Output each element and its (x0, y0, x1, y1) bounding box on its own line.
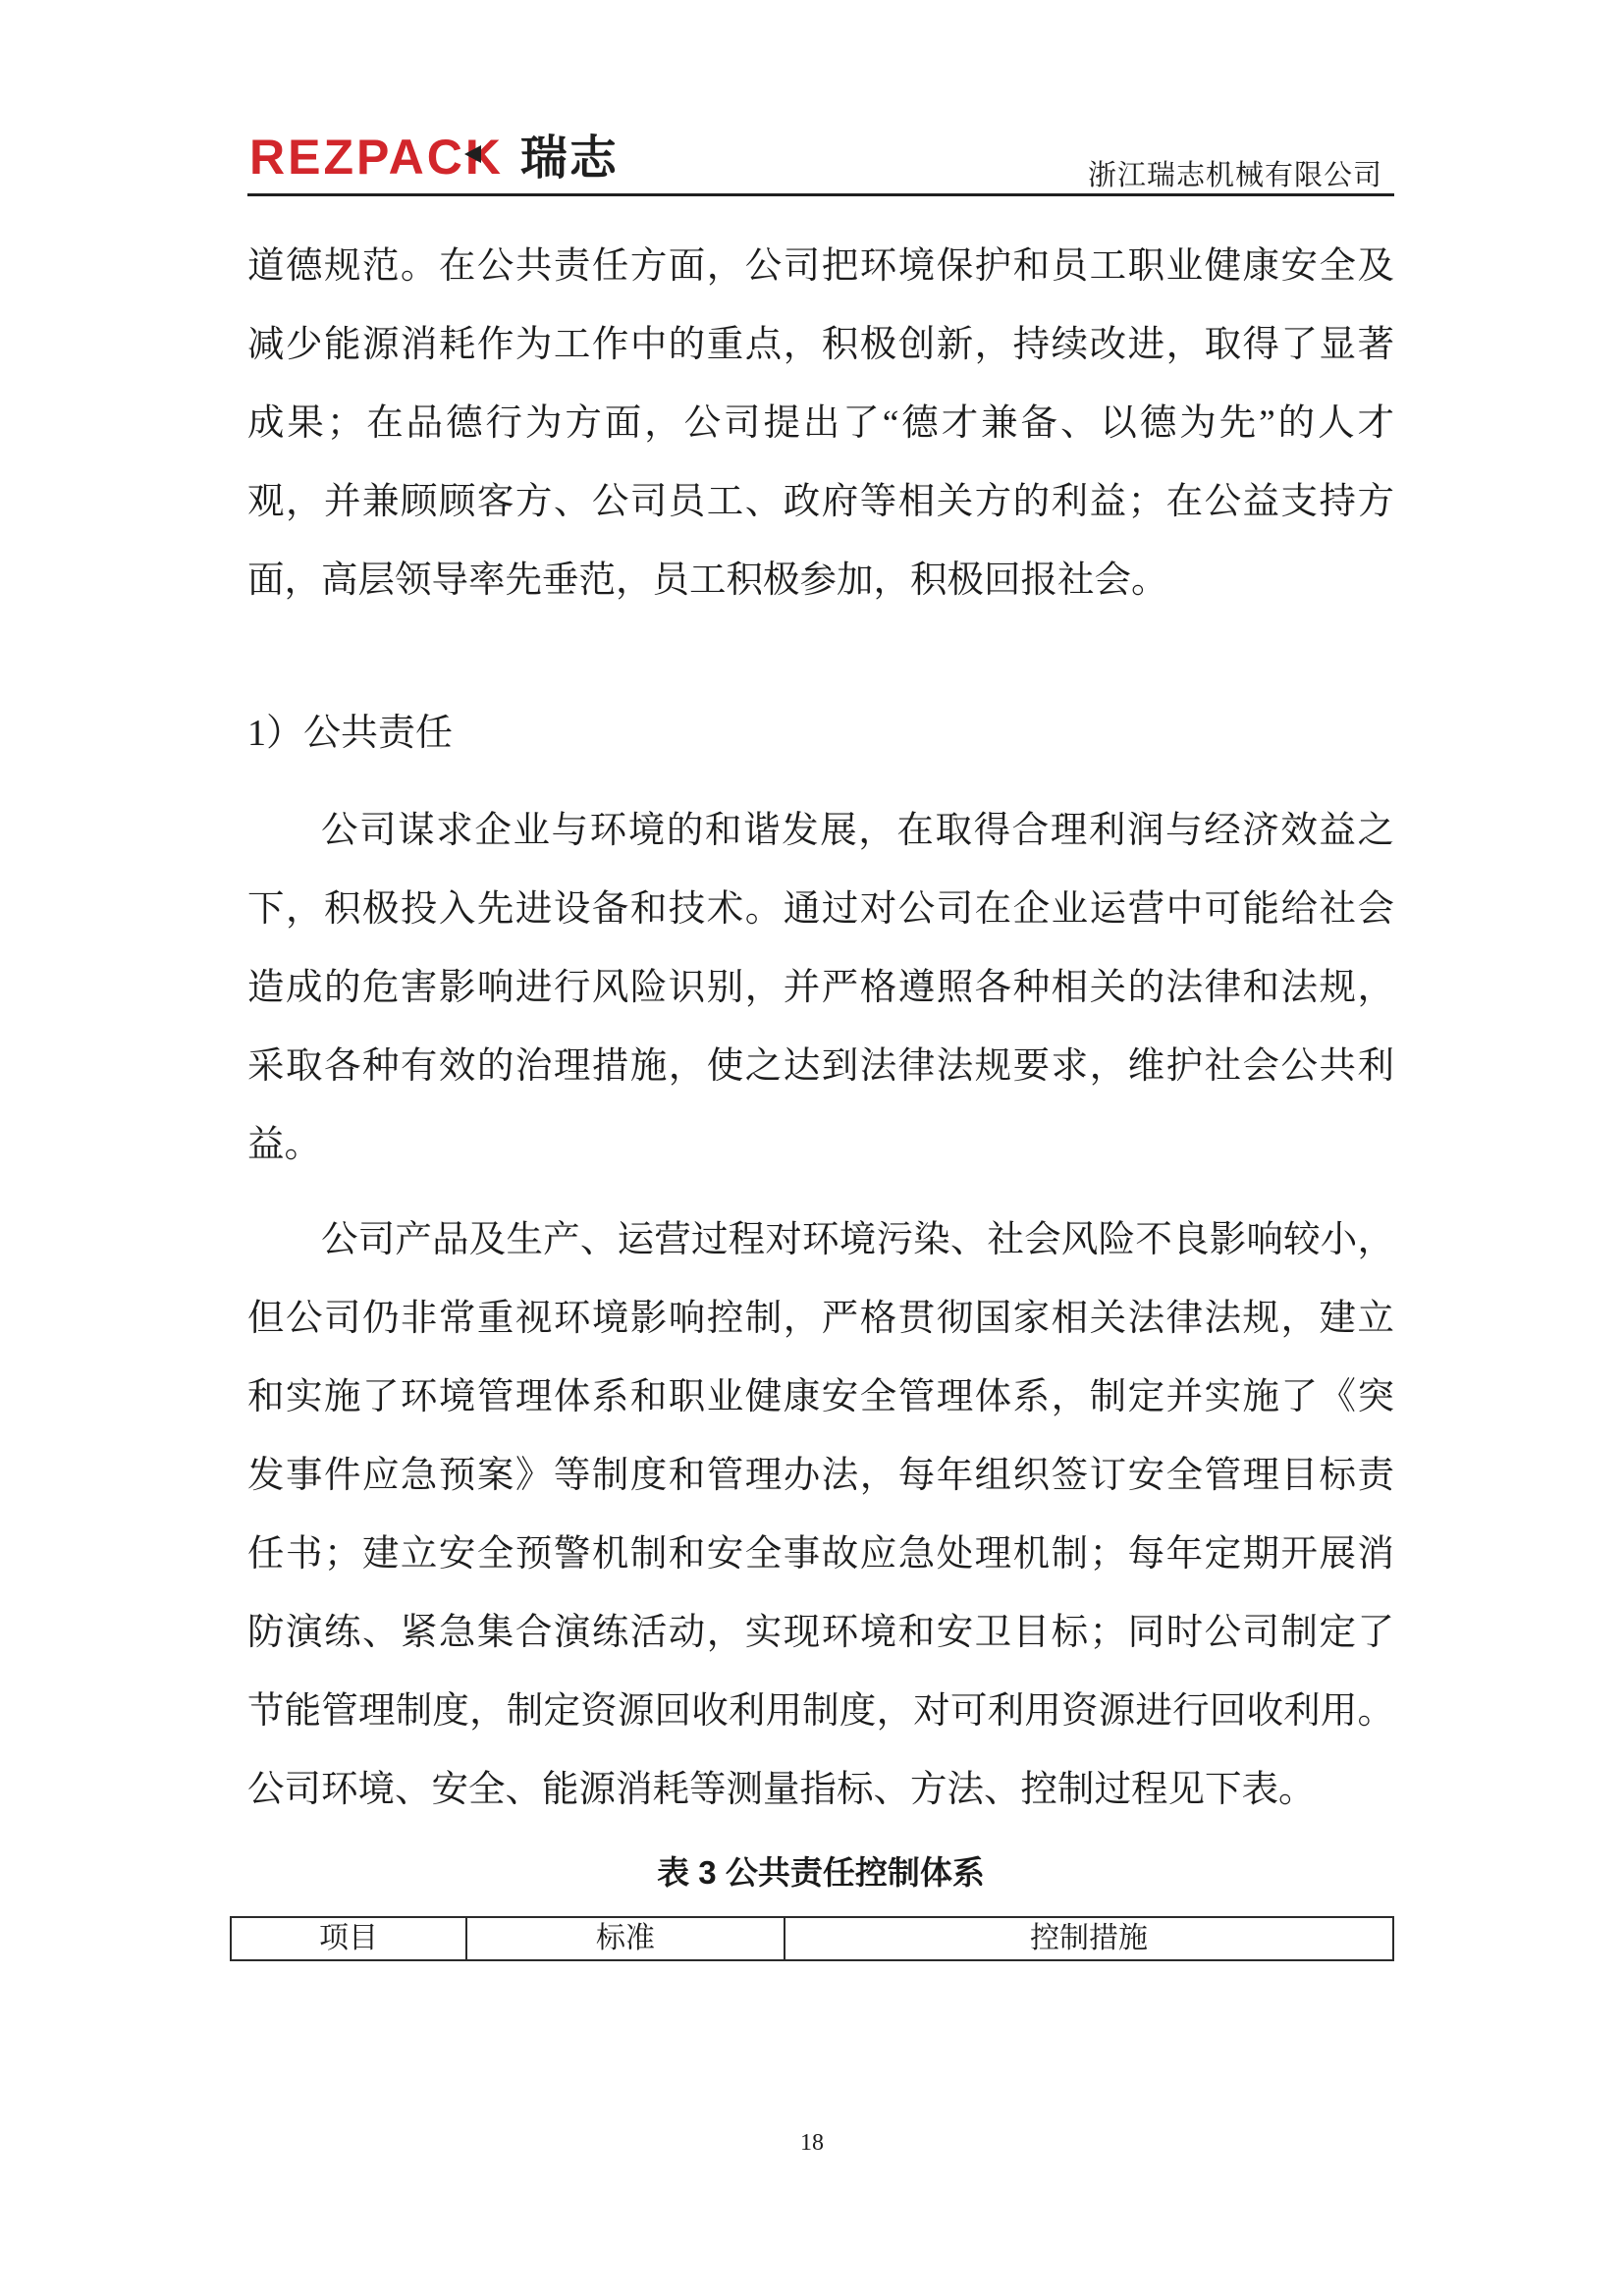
paragraph-1: 道德规范。在公共责任方面，公司把环境保护和员工职业健康安全及 减少能源消耗作为工… (247, 228, 1394, 620)
text-line: 造成的危害影响进行风险识别，并严格遵照各种相关的法律和法规， (247, 949, 1394, 1028)
text-line: 任书；建立安全预警机制和安全事故应急处理机制；每年定期开展消 (247, 1516, 1394, 1594)
table-caption: 表 3 公共责任控制体系 (247, 1851, 1394, 1895)
text-line: 公司环境、安全、能源消耗等测量指标、方法、控制过程见下表。 (247, 1751, 1394, 1830)
text-line: 公司产品及生产、运营过程对环境污染、社会风险不良影响较小， (247, 1201, 1394, 1280)
text-line: 公司谋求企业与环境的和谐发展，在取得合理利润与经济效益之 (247, 792, 1394, 871)
text-line: 面，高层领导率先垂范，员工积极参加，积极回报社会。 (247, 542, 1394, 620)
text-line: 节能管理制度，制定资源回收利用制度，对可利用资源进行回收利用。 (247, 1673, 1394, 1751)
text-line: 减少能源消耗作为工作中的重点，积极创新，持续改进，取得了显著 (247, 306, 1394, 385)
text-line: 但公司仍非常重视环境影响控制，严格贯彻国家相关法律法规，建立 (247, 1280, 1394, 1359)
table-header-standard: 标准 (465, 1918, 784, 1959)
text-line: 发事件应急预案》等制度和管理办法，每年组织签订安全管理目标责 (247, 1437, 1394, 1516)
text-line: 和实施了环境管理体系和职业健康安全管理体系，制定并实施了《突 (247, 1359, 1394, 1437)
page-number: 18 (0, 2130, 1624, 2157)
company-logo: REZPACK 瑞志 (249, 133, 619, 193)
table-header-measures: 控制措施 (784, 1918, 1392, 1959)
text-line: 下，积极投入先进设备和技术。通过对公司在企业运营中可能给社会 (247, 871, 1394, 949)
header-company-name: 浙江瑞志机械有限公司 (1088, 153, 1382, 193)
responsibility-table: 项目 标准 控制措施 (230, 1916, 1394, 1961)
text-line: 成果；在品德行为方面，公司提出了“德才兼备、以德为先”的人才 (247, 385, 1394, 463)
text-line: 道德规范。在公共责任方面，公司把环境保护和员工职业健康安全及 (247, 228, 1394, 306)
logo-cjk-text: 瑞志 (520, 133, 619, 185)
text-line: 观，并兼顾顾客方、公司员工、政府等相关方的利益；在公益支持方 (247, 463, 1394, 542)
paragraph-3: 公司产品及生产、运营过程对环境污染、社会风险不良影响较小， 但公司仍非常重视环境… (247, 1201, 1394, 1830)
logo-triangle-icon (464, 145, 481, 163)
document-page: REZPACK 瑞志 浙江瑞志机械有限公司 道德规范。在公共责任方面，公司把环境… (0, 0, 1624, 2296)
text-line: 益。 (247, 1106, 1394, 1185)
section-heading: 1）公共责任 (247, 694, 1394, 773)
text-line: 防演练、紧急集合演练活动，实现环境和安卫目标；同时公司制定了 (247, 1594, 1394, 1673)
table-header-item: 项目 (232, 1918, 465, 1959)
paragraph-2: 公司谋求企业与环境的和谐发展，在取得合理利润与经济效益之 下，积极投入先进设备和… (247, 792, 1394, 1185)
text-line: 采取各种有效的治理措施，使之达到法律法规要求，维护社会公共利 (247, 1028, 1394, 1106)
logo-latin-text: REZPACK (249, 130, 520, 185)
header-divider (247, 193, 1394, 196)
